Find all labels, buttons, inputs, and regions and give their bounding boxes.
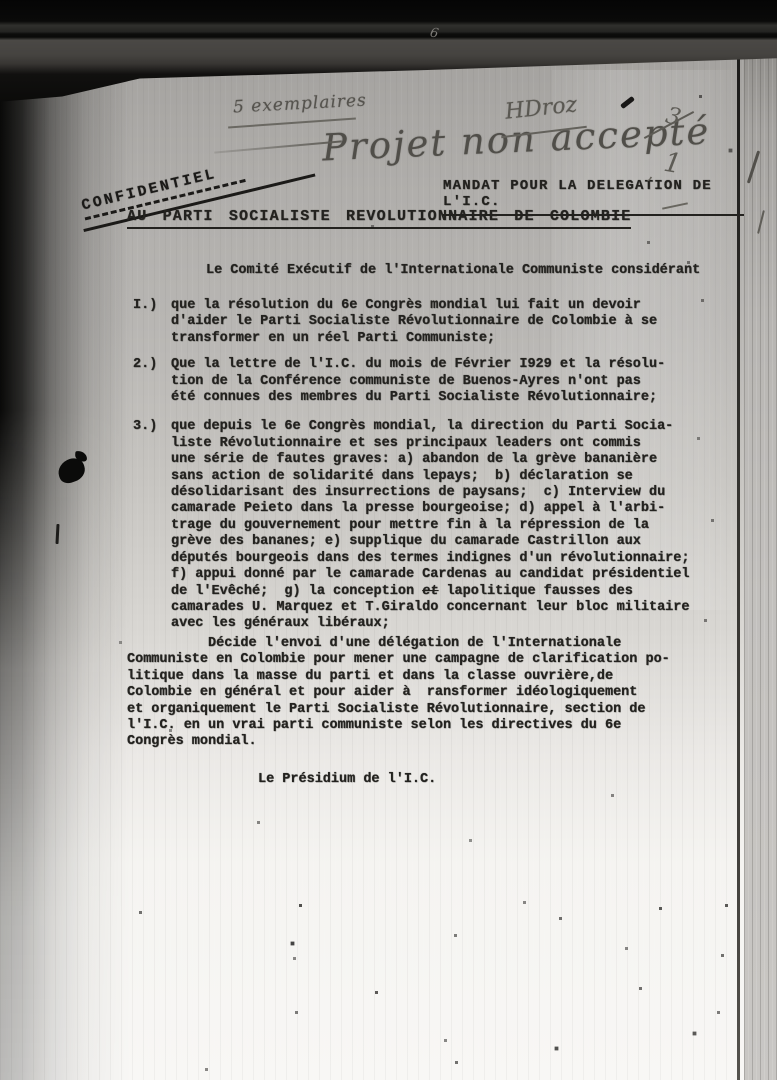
struck-word: et	[421, 584, 440, 600]
page-edge-line	[737, 55, 740, 1080]
list-item: I.) que la résolution du 6e Congrès mond…	[133, 298, 711, 347]
item-number: 3.)	[133, 419, 163, 632]
scan-left-shadow	[0, 0, 135, 1080]
item-text-before: que depuis le 6e Congrès mondial, la dir…	[171, 419, 689, 598]
opening-line: Le Comité Exécutif de l'Internationale C…	[206, 263, 700, 279]
item-number: I.)	[133, 298, 163, 347]
document-subtitle: AU PARTI SOCIALISTE REVOLUTIONNAIRE DE C…	[127, 209, 631, 229]
list-item: 2.) Que la lettre de l'I.C. du mois de F…	[133, 357, 711, 406]
list-item: 3.) que depuis le 6e Congrès mondial, la…	[133, 419, 711, 632]
scanned-document: CONFIDENTIEL MANDAT POUR LA DELEGATION D…	[0, 0, 777, 1080]
scan-right-margin	[744, 0, 777, 1080]
item-text: que depuis le 6e Congrès mondial, la dir…	[171, 419, 711, 632]
closing-line: Le Présidium de l'I.C.	[258, 772, 436, 788]
item-text: que la résolution du 6e Congrès mondial …	[171, 298, 711, 347]
decision-paragraph: Décide l'envoi d'une délégation de l'Int…	[127, 636, 692, 751]
item-number: 2.)	[133, 357, 163, 406]
item-text: Que la lettre de l'I.C. du mois de Févri…	[171, 357, 711, 406]
numbered-list: I.) que la résolution du 6e Congrès mond…	[133, 298, 711, 633]
